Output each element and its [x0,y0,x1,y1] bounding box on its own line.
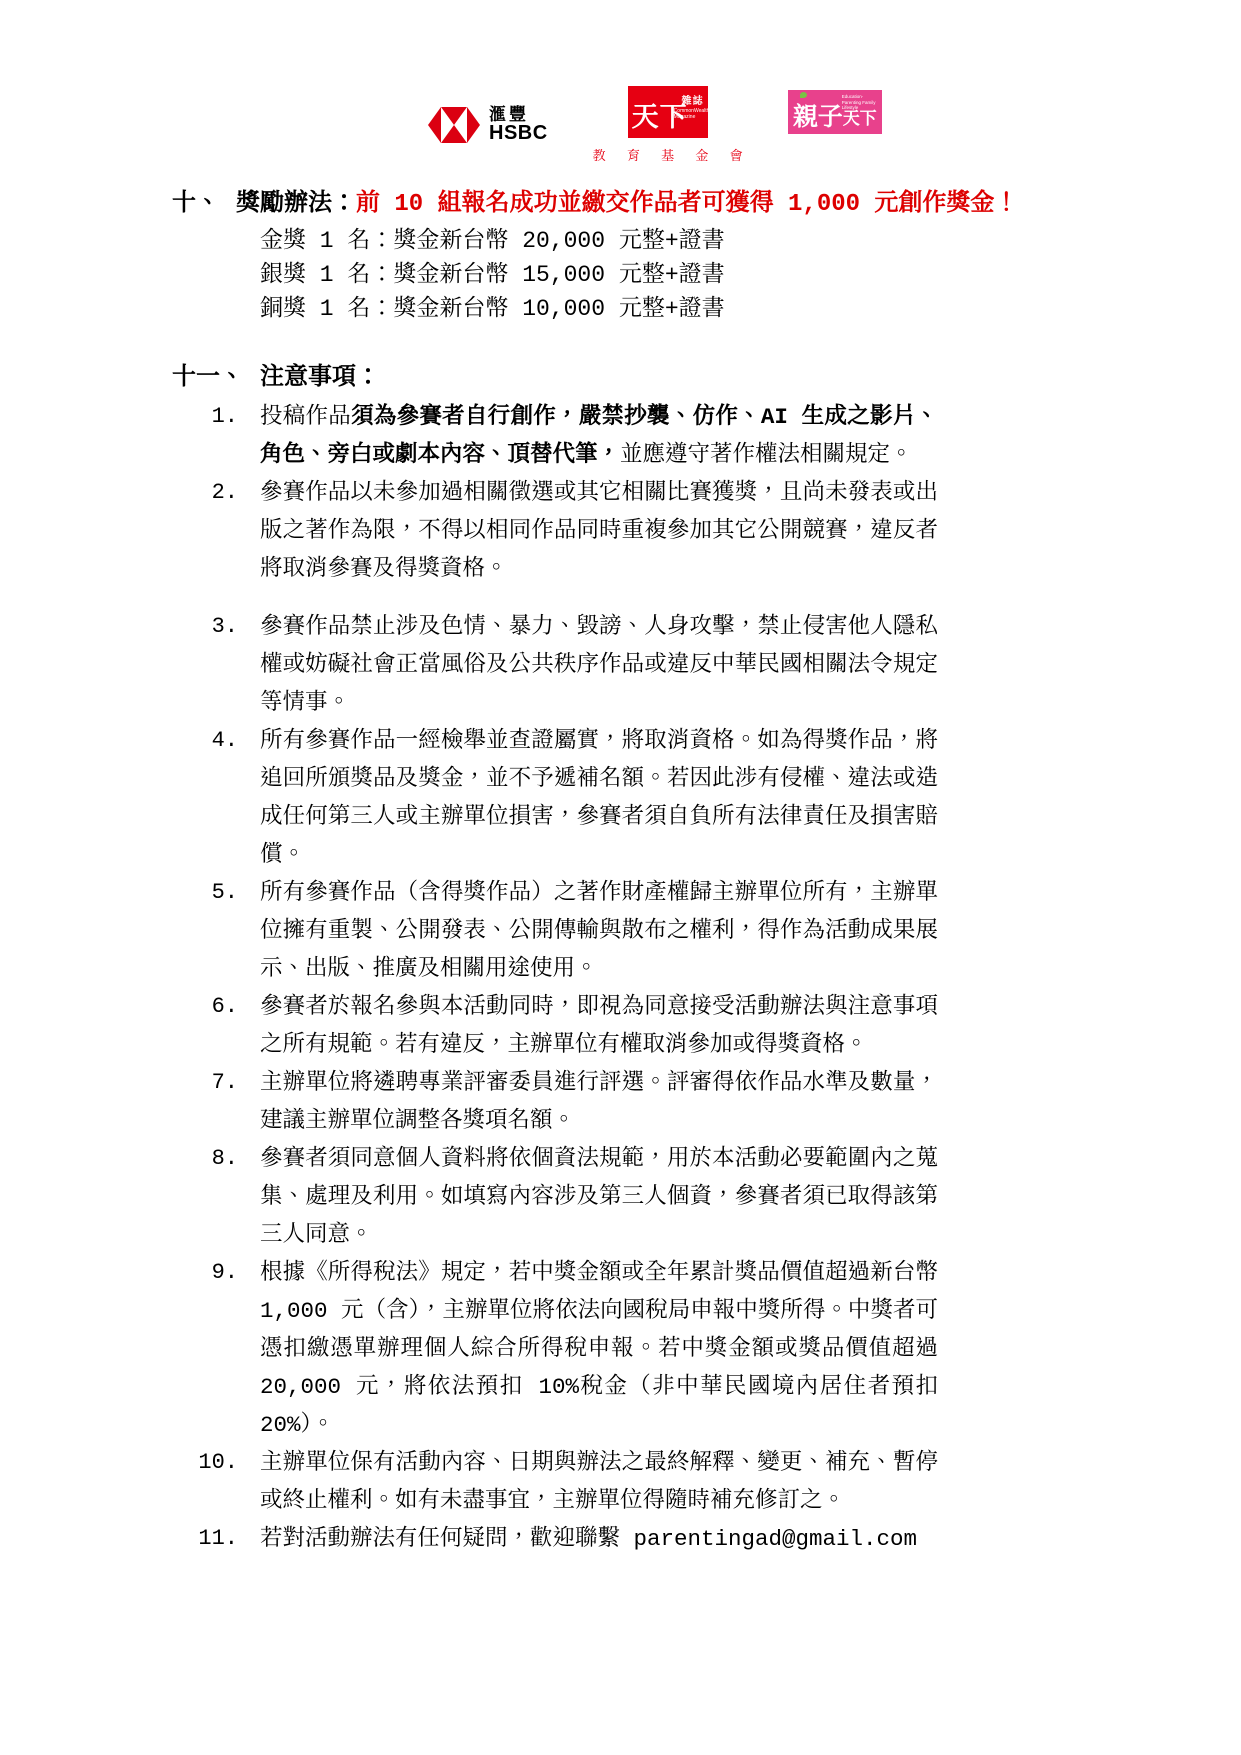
note-number: 1. [172,398,238,436]
note-text-rest: 參賽作品禁止涉及色情、暴力、毀謗、人身攻擊，禁止侵害他人隱私權或妨礙社會正當風俗… [260,614,938,716]
note-text-rest: 參賽者須同意個人資料將依個資法規範，用於本活動必要範圍內之蒐集、處理及利用。如填… [260,1146,938,1248]
note-number: 6. [172,988,238,1026]
gold-prize-line: 金獎 1 名：獎金新台幣 20,000 元整+證書 [260,224,938,258]
education-foundation-label: 教 育 基 金 會 [584,145,752,164]
document-content: 十、 獎勵辦法： 前 10 組報名成功並繳交作品者可獲得 1,000 元創作獎金… [172,186,938,1558]
rewards-highlight-text: 前 10 組報名成功並繳交作品者可獲得 1,000 元創作獎金！ [356,186,1018,224]
note-text: 參賽作品以未參加過相關徵選或其它相關比賽獲獎，且尚未發表或出版之著作為限，不得以… [260,474,938,588]
note-item-3: 3. 參賽作品禁止涉及色情、暴力、毀謗、人身攻擊，禁止侵害他人隱私權或妨礙社會正… [172,608,938,722]
notes-section-heading: 十一、 注意事項： [172,360,938,398]
commonwealth-logo-box: 天下 雜誌 CommonWealth Magazine [628,86,708,138]
note-item-9: 9. 根據《所得稅法》規定，若中獎金額或全年累計獎品價值超過新台幣 1,000 … [172,1254,938,1444]
commonwealth-english-label: CommonWealth Magazine [674,108,704,120]
note-text: 參賽者須同意個人資料將依個資法規範，用於本活動必要範圍內之蒐集、處理及利用。如填… [260,1140,938,1254]
note-text-rest: 主辦單位保有活動內容、日期與辦法之最終解釋、變更、補充、暫停或終止權利。如有未盡… [260,1450,938,1514]
note-text-rest: 主辦單位將遴聘專業評審委員進行評選。評審得依作品水準及數量，建議主辦單位調整各獎… [260,1070,938,1134]
note-number: 5. [172,874,238,912]
notes-section-index: 十一、 [172,360,244,398]
note-text: 參賽作品禁止涉及色情、暴力、毀謗、人身攻擊，禁止侵害他人隱私權或妨礙社會正當風俗… [260,608,938,722]
note-text: 所有參賽作品（含得獎作品）之著作財產權歸主辦單位所有，主辦單位擁有重製、公開發表… [260,874,938,988]
note-number: 10. [172,1444,238,1482]
hsbc-english-name: HSBC [489,123,548,144]
note-text-plain: 投稿作品 [260,404,351,430]
parenting-logo: 親子 天下 Education‧Parenting Family Lifesty… [788,90,882,134]
bronze-prize-line: 銅獎 1 名：獎金新台幣 10,000 元整+證書 [260,292,938,326]
note-text-rest: 根據《所得稅法》規定，若中獎金額或全年累計獎品價值超過新台幣 1,000 元（含… [260,1260,938,1438]
document-page: 滙豐 HSBC 天下 雜誌 CommonWealth Magazine 教 育 … [0,0,1241,1755]
note-number: 4. [172,722,238,760]
rewards-section-title: 獎勵辦法： [236,186,356,224]
note-number: 11. [172,1520,238,1558]
parenting-tagline: Education‧Parenting Family Lifestyle [842,94,878,111]
note-text: 投稿作品須為參賽者自行創作，嚴禁抄襲、仿作、AI 生成之影片、角色、旁白或劇本內… [260,398,938,474]
note-item-8: 8. 參賽者須同意個人資料將依個資法規範，用於本活動必要範圍內之蒐集、處理及利用… [172,1140,938,1254]
note-text-rest: 參賽者於報名參與本活動同時，即視為同意接受活動辦法與注意事項之所有規範。若有違反… [260,994,938,1058]
hsbc-wordmark: 滙豐 HSBC [489,106,548,145]
note-item-5: 5. 所有參賽作品（含得獎作品）之著作財產權歸主辦單位所有，主辦單位擁有重製、公… [172,874,938,988]
prize-list: 金獎 1 名：獎金新台幣 20,000 元整+證書 銀獎 1 名：獎金新台幣 1… [172,224,938,326]
note-item-10: 10. 主辦單位保有活動內容、日期與辦法之最終解釋、變更、補充、暫停或終止權利。… [172,1444,938,1520]
note-number: 8. [172,1140,238,1178]
notes-section-title: 注意事項： [260,360,380,398]
logo-row: 滙豐 HSBC 天下 雜誌 CommonWealth Magazine 教 育 … [428,86,882,164]
note-text-rest: 所有參賽作品（含得獎作品）之著作財產權歸主辦單位所有，主辦單位擁有重製、公開發表… [260,880,938,982]
rewards-section-index: 十、 [172,186,220,224]
note-number: 3. [172,608,238,646]
note-number: 7. [172,1064,238,1102]
note-text: 根據《所得稅法》規定，若中獎金額或全年累計獎品價值超過新台幣 1,000 元（含… [260,1254,938,1444]
note-item-11: 11. 若對活動辦法有任何疑問，歡迎聯繫 parentingad@gmail.c… [172,1520,938,1558]
note-item-6: 6. 參賽者於報名參與本活動同時，即視為同意接受活動辦法與注意事項之所有規範。若… [172,988,938,1064]
silver-prize-line: 銀獎 1 名：獎金新台幣 15,000 元整+證書 [260,258,938,292]
note-item-7: 7. 主辦單位將遴聘專業評審委員進行評選。評審得依作品水準及數量，建議主辦單位調… [172,1064,938,1140]
note-text-rest: 若對活動辦法有任何疑問，歡迎聯繫 parentingad@gmail.com [260,1526,917,1552]
note-text: 主辦單位保有活動內容、日期與辦法之最終解釋、變更、補充、暫停或終止權利。如有未盡… [260,1444,938,1520]
note-text: 若對活動辦法有任何疑問，歡迎聯繫 parentingad@gmail.com [260,1520,938,1558]
note-text-rest: 參賽作品以未參加過相關徵選或其它相關比賽獲獎，且尚未發表或出版之著作為限，不得以… [260,480,938,582]
note-number: 2. [172,474,238,512]
note-item-1: 1. 投稿作品須為參賽者自行創作，嚴禁抄襲、仿作、AI 生成之影片、角色、旁白或… [172,398,938,474]
note-item-4: 4. 所有參賽作品一經檢舉並查證屬實，將取消資格。如為得獎作品，將追回所頒獎品及… [172,722,938,874]
note-text: 所有參賽作品一經檢舉並查證屬實，將取消資格。如為得獎作品，將追回所頒獎品及獎金，… [260,722,938,874]
hsbc-logo: 滙豐 HSBC [428,106,548,145]
note-item-2: 2. 參賽作品以未參加過相關徵選或其它相關比賽獲獎，且尚未發表或出版之著作為限，… [172,474,938,588]
notes-list: 1. 投稿作品須為參賽者自行創作，嚴禁抄襲、仿作、AI 生成之影片、角色、旁白或… [172,398,938,1558]
note-text: 主辦單位將遴聘專業評審委員進行評選。評審得依作品水準及數量，建議主辦單位調整各獎… [260,1064,938,1140]
note-text-rest: 並應遵守著作權法相關規定。 [620,442,913,468]
commonwealth-logo: 天下 雜誌 CommonWealth Magazine 教 育 基 金 會 [584,86,752,164]
parenting-wordmark-main: 親子 [793,97,843,133]
note-text: 參賽者於報名參與本活動同時，即視為同意接受活動辦法與注意事項之所有規範。若有違反… [260,988,938,1064]
note-text-rest: 所有參賽作品一經檢舉並查證屬實，將取消資格。如為得獎作品，將追回所頒獎品及獎金，… [260,728,938,868]
hsbc-chinese-name: 滙豐 [489,106,548,124]
rewards-section-heading: 十、 獎勵辦法： 前 10 組報名成功並繳交作品者可獲得 1,000 元創作獎金… [172,186,938,224]
hsbc-hexagon-icon [428,107,480,143]
commonwealth-magazine-label: 雜誌 [682,92,704,107]
note-number: 9. [172,1254,238,1292]
